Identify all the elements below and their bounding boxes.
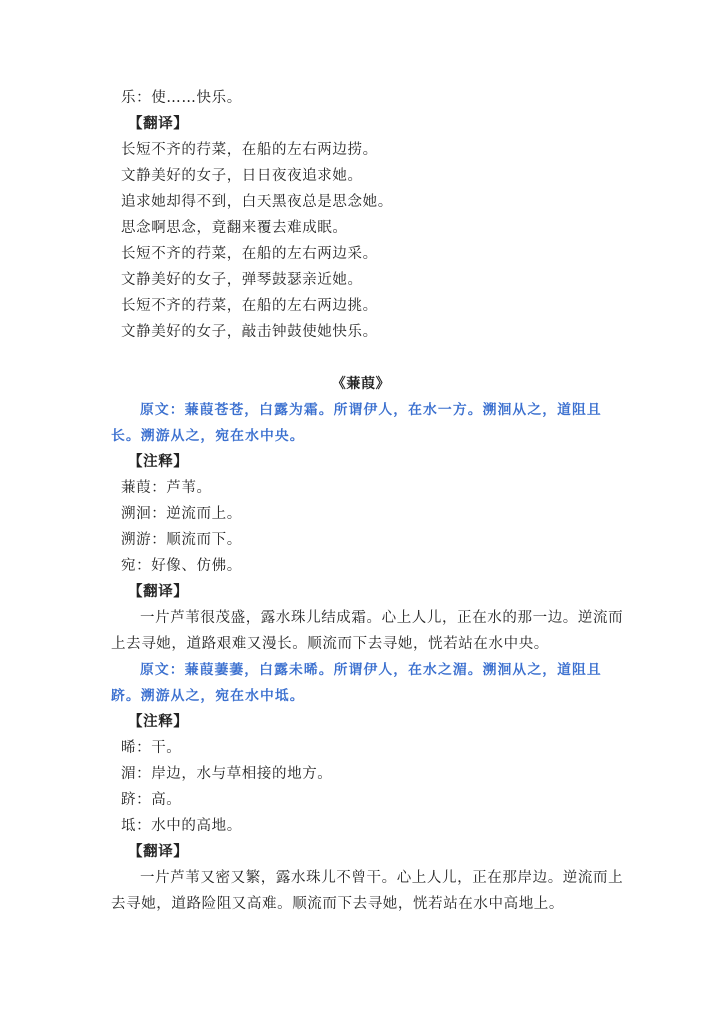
translation-line: 文静美好的女子，弹琴鼓瑟亲近她。 <box>121 270 363 290</box>
translation-heading: 【翻译】 <box>128 842 188 862</box>
document-page: 乐：使……快乐。 【翻译】 长短不齐的荇菜，在船的左右两边捞。 文静美好的女子，… <box>0 0 722 1024</box>
note-item: 宛：好像、仿佛。 <box>121 556 242 576</box>
original-text-stanza-1: 原文：蒹葭苍苍，白露为霜。所谓伊人，在水一方。溯洄从之，道阻且长。溯游从之，宛在… <box>111 397 626 449</box>
translation-heading: 【翻译】 <box>128 582 188 602</box>
translation-heading: 【翻译】 <box>128 114 188 134</box>
translation-line: 长短不齐的荇菜，在船的左右两边捞。 <box>121 140 378 160</box>
poem-title: 《蒹葭》 <box>0 374 722 394</box>
notes-heading: 【注释】 <box>128 452 188 472</box>
translation-stanza-2: 一片芦苇又密又繁，露水珠儿不曾干。心上人儿，正在那岸边。逆流而上去寻她，道路险阻… <box>111 865 626 917</box>
note-item: 溯洄：逆流而上。 <box>121 504 242 524</box>
translation-line: 文静美好的女子，日日夜夜追求她。 <box>121 166 363 186</box>
notes-heading: 【注释】 <box>128 712 188 732</box>
note-item: 晞：干。 <box>121 738 181 758</box>
translation-line: 思念啊思念，竟翻来覆去难成眠。 <box>121 218 348 238</box>
original-text-stanza-2: 原文：蒹葭萋萋，白露未晞。所谓伊人，在水之湄。溯洄从之，道阻且跻。溯游从之，宛在… <box>111 657 626 709</box>
note-item: 坻：水中的高地。 <box>121 816 242 836</box>
translation-line: 追求她却得不到，白天黑夜总是思念她。 <box>121 192 393 212</box>
note-item: 湄：岸边，水与草相接的地方。 <box>121 764 332 784</box>
note-item: 跻：高。 <box>121 790 181 810</box>
translation-line: 长短不齐的荇菜，在船的左右两边挑。 <box>121 296 378 316</box>
note-le: 乐：使……快乐。 <box>121 88 242 108</box>
note-item: 溯游：顺流而下。 <box>121 530 242 550</box>
translation-stanza-1: 一片芦苇很茂盛，露水珠儿结成霜。心上人儿，正在水的那一边。逆流而上去寻她，道路艰… <box>111 605 626 657</box>
translation-line: 文静美好的女子，敲击钟鼓使她快乐。 <box>121 322 378 342</box>
note-item: 蒹葭：芦苇。 <box>121 478 212 498</box>
translation-line: 长短不齐的荇菜，在船的左右两边采。 <box>121 244 378 264</box>
